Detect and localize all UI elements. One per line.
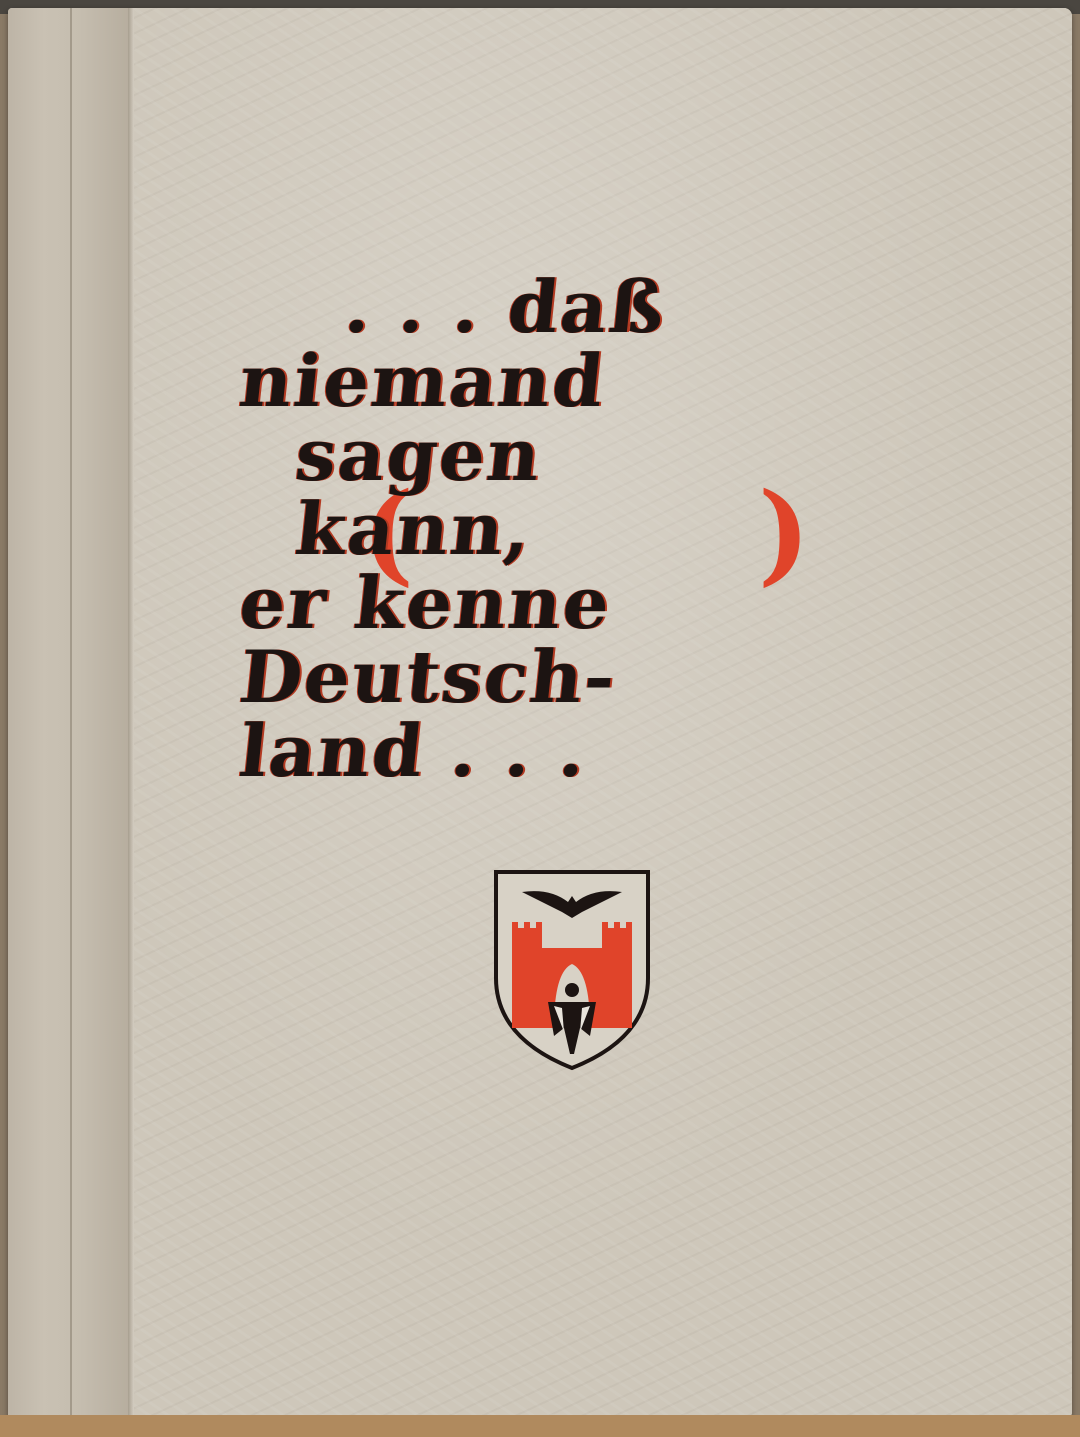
title-line: kann,: [232, 492, 670, 566]
title-line: niemand: [232, 344, 670, 418]
wooden-surface: [0, 1415, 1080, 1437]
crest-emblem: Heraldic shield emblem: [490, 868, 654, 1072]
shield-icon: [490, 868, 654, 1072]
spine-fold-line: [70, 8, 72, 1420]
right-ornament-bracket: ): [758, 470, 778, 595]
cover-title: . . . daß niemand sagen kann, er kenne D…: [236, 270, 666, 788]
title-line: land . . .: [232, 714, 670, 788]
book-spine: [8, 8, 128, 1420]
title-line: sagen: [232, 418, 670, 492]
title-line: Deutsch-: [232, 640, 670, 714]
title-line: . . . daß: [232, 270, 670, 344]
title-line: er kenne: [232, 566, 670, 640]
